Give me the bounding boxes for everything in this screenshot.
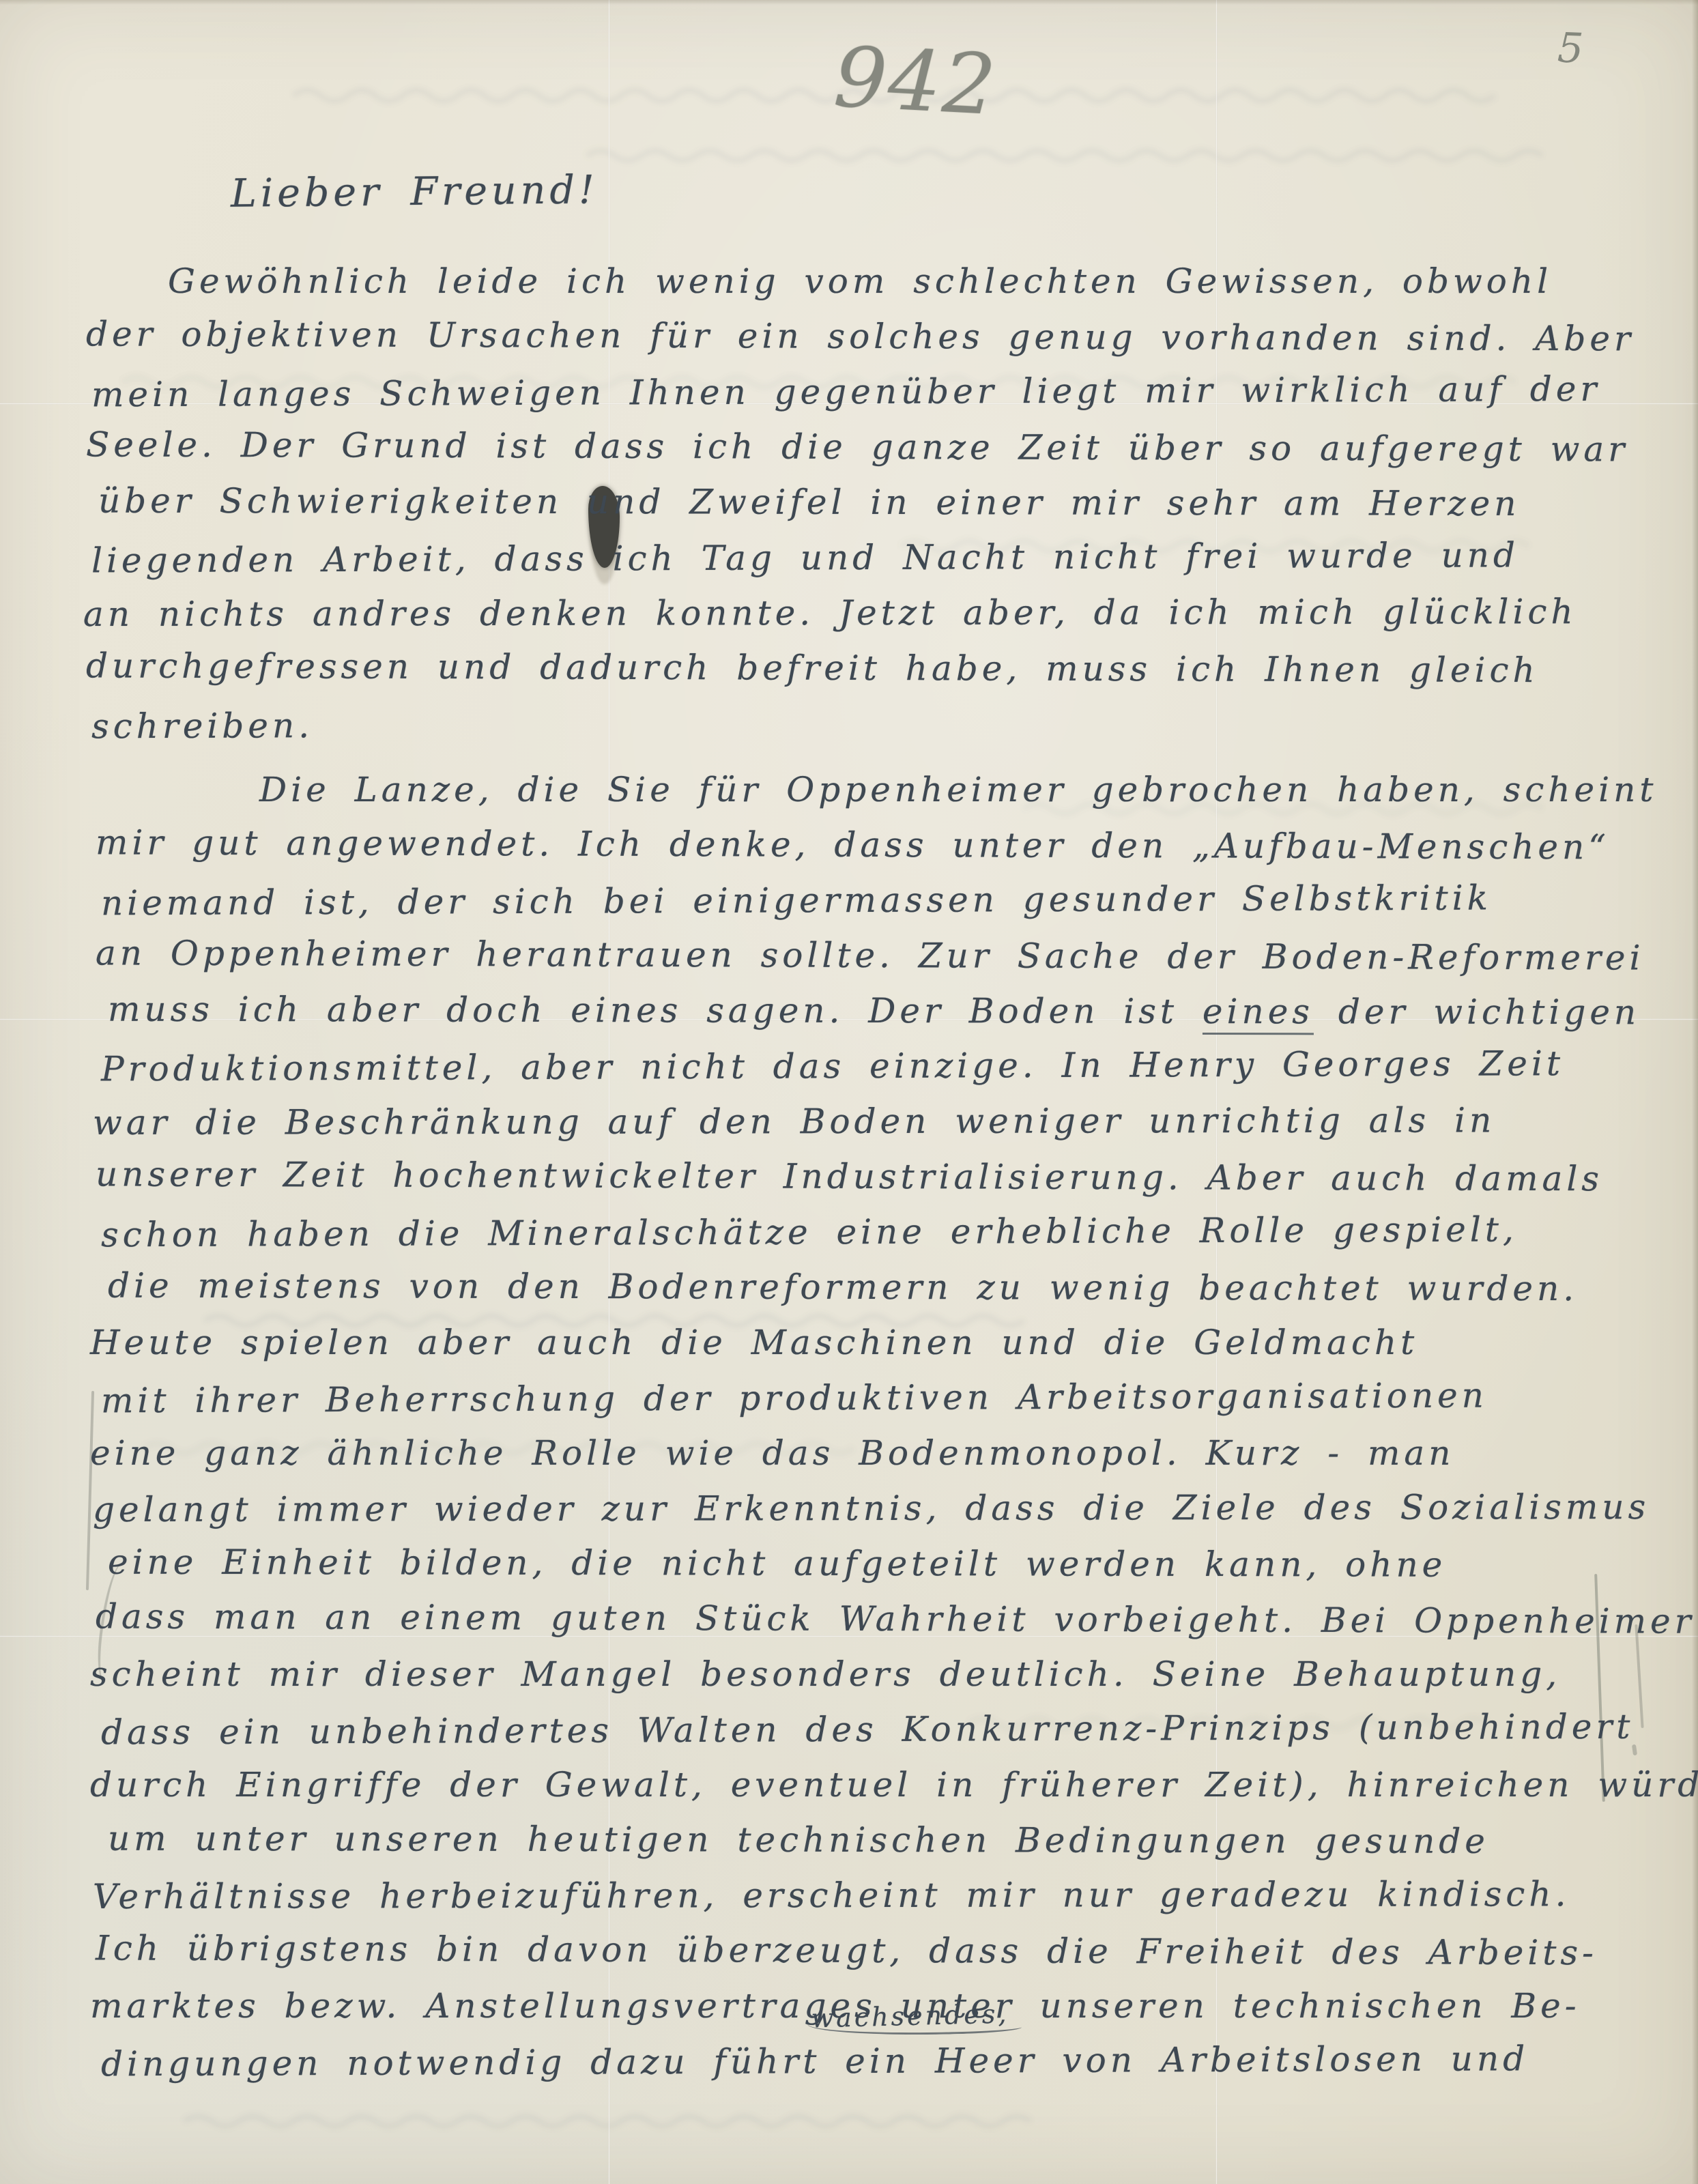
scan-edge-shadow-right bbox=[1692, 0, 1698, 2184]
letter-line: der objektiven Ursachen für ein solches … bbox=[86, 306, 1669, 367]
letter-line-with-underline: muss ich aber doch eines sagen. Der Bode… bbox=[108, 982, 1682, 1041]
letter-line: mir gut angewendet. Ich denke, dass unte… bbox=[96, 815, 1669, 875]
letter-line: durch Eingriffe der Gewalt, eventuel in … bbox=[90, 1757, 1664, 1813]
line-text: der wichtigen bbox=[1314, 992, 1640, 1032]
letter-line: Seele. Der Grund ist dass ich die ganze … bbox=[86, 417, 1669, 477]
letter-page: 942 5 Lieber Freund! Gewöhnlich leide ic… bbox=[0, 0, 1698, 2184]
letter-line: dass man an einem guten Stück Wahrheit v… bbox=[96, 1589, 1669, 1649]
scan-edge-shadow-top bbox=[0, 0, 1698, 5]
letter-line: mit ihrer Beherrschung der produktiven A… bbox=[101, 1368, 1675, 1429]
letter-line: die meistens von den Bodenreformern zu w… bbox=[108, 1259, 1682, 1317]
letter-line: Gewöhnlich leide ich wenig vom schlechte… bbox=[81, 254, 1664, 309]
letter-line: gelangt immer wieder zur Erkenntnis, das… bbox=[93, 1480, 1667, 1538]
paragraph-1: Gewöhnlich leide ich wenig vom schlechte… bbox=[81, 254, 1664, 751]
letter-line: Heute spielen aber auch die Maschinen un… bbox=[90, 1315, 1664, 1370]
underlined-word: eines bbox=[1203, 992, 1314, 1035]
pencil-page-number: 5 bbox=[1557, 24, 1585, 72]
letter-line: schreiben. bbox=[91, 693, 1675, 754]
letter-line: dass ein unbehindertes Walten des Konkur… bbox=[101, 1699, 1675, 1761]
letter-line: durchgefressen und dadurch befreit habe,… bbox=[86, 638, 1669, 698]
letter-line: scheint mir dieser Mangel besonders deut… bbox=[90, 1647, 1664, 1702]
salutation: Lieber Freund! bbox=[231, 167, 599, 216]
letter-line: an nichts andres denken konnte. Jetzt ab… bbox=[83, 584, 1667, 642]
letter-line: Produktionsmittel, aber nicht das einzig… bbox=[101, 1036, 1675, 1097]
letter-line: liegenden Arbeit, dass ich Tag und Nacht… bbox=[91, 527, 1675, 588]
letter-line: um unter unseren heutigen technischen Be… bbox=[108, 1811, 1682, 1870]
letter-line-with-insertion: wachsendes,dingungen notwendig dazu führ… bbox=[101, 2031, 1675, 2093]
letter-body: Gewöhnlich leide ich wenig vom schlechte… bbox=[81, 254, 1664, 2089]
pencil-archive-number: 942 bbox=[831, 29, 999, 134]
inserted-word-above-line: wachsendes, bbox=[807, 2000, 1022, 2038]
letter-line: Die Lanze, die Sie für Oppenheimer gebro… bbox=[90, 762, 1664, 818]
letter-line: war die Beschränkung auf den Boden wenig… bbox=[93, 1093, 1667, 1151]
letter-line: unserer Zeit hochentwickelter Industrial… bbox=[96, 1147, 1669, 1207]
letter-line: eine ganz ähnliche Rolle wie das Bodenmo… bbox=[90, 1426, 1664, 1481]
paragraph-2: Die Lanze, die Sie für Oppenheimer gebro… bbox=[81, 762, 1664, 2089]
letter-line: mein langes Schweigen Ihnen gegenüber li… bbox=[91, 361, 1675, 422]
letter-line: eine Einheit bilden, die nicht aufgeteil… bbox=[108, 1535, 1682, 1594]
line-text: dingungen notwendig dazu führt ein Heer … bbox=[101, 2039, 1529, 2084]
letter-line: über Schwierigkeiten und Zweifel in eine… bbox=[98, 474, 1682, 532]
letter-line: schon haben die Mineralschätze eine erhe… bbox=[101, 1202, 1675, 1263]
letter-line: Verhältnisse herbeizuführen, erscheint m… bbox=[93, 1867, 1667, 1925]
letter-line: an Oppenheimer herantrauen sollte. Zur S… bbox=[96, 925, 1669, 986]
letter-line: niemand ist, der sich bei einigermassen … bbox=[101, 870, 1675, 932]
letter-line: Ich übrigstens bin davon überzeugt, dass… bbox=[96, 1921, 1669, 1981]
line-text: muss ich aber doch eines sagen. Der Bode… bbox=[108, 990, 1203, 1031]
